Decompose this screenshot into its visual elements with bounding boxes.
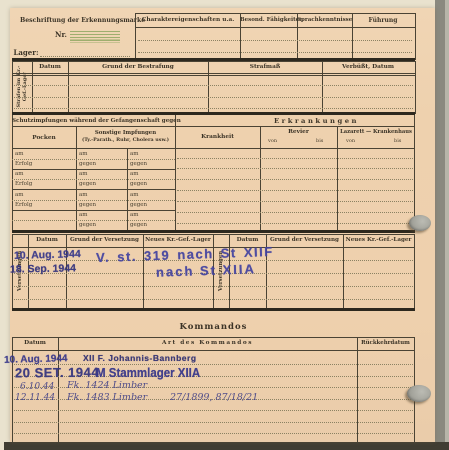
col-fuehrung: Führung — [352, 17, 414, 24]
rule — [14, 299, 413, 300]
nr-field — [70, 31, 120, 43]
impf-cell: am — [130, 212, 139, 218]
revier-von-label: von — [268, 138, 277, 144]
rule — [177, 201, 413, 202]
rule — [12, 179, 175, 180]
kommandos-col-rueckkehr: Rückkehrdatum — [357, 340, 414, 346]
kommando-date-stamp-2: 20 SET. 1944 — [15, 365, 99, 381]
impf-cell: gegen — [79, 161, 96, 167]
rule — [135, 27, 415, 28]
col-faehigkeiten: Besond. Fähigkeiten — [240, 17, 297, 23]
section-divider — [12, 112, 415, 115]
rule — [177, 212, 413, 213]
strafen-col-grund: Grund der Bestrafung — [68, 64, 208, 70]
rule — [337, 126, 338, 230]
kommando-date-hand-3: 6.10.44 — [20, 382, 54, 392]
versetzungen-col-neues: Neues Kr.-Gef.-Lager — [143, 237, 213, 243]
rule — [414, 234, 415, 308]
rule — [177, 223, 413, 224]
impfungen-header: Schutzimpfungen während der Gefangenscha… — [12, 118, 175, 124]
kommando-entry-stamp-2: M Stammlager XIIA — [96, 366, 200, 380]
kommando-date-stamp-1: 10. Aug. 1944 — [4, 353, 68, 366]
rule — [175, 126, 415, 127]
versetzungen-col-grund: Grund der Versetzung — [66, 237, 143, 243]
impf-cell: am — [130, 171, 139, 177]
impf-cell: Erfolg — [15, 161, 32, 167]
erkrankungen-col-revier: Revier — [260, 129, 337, 135]
impf-cell: am — [15, 192, 24, 198]
versetzungen-col-datum-2: Datum — [229, 237, 266, 243]
rule — [76, 126, 77, 230]
lazarett-von-label: von — [346, 138, 355, 144]
rule — [14, 97, 413, 98]
kommandos-col-datum: Datum — [12, 340, 58, 346]
rule — [12, 148, 415, 149]
erkrankungen-col-krankheit: Krankheit — [175, 134, 260, 140]
rule — [14, 108, 413, 109]
scan-edge-bottom — [4, 442, 449, 450]
impfungen-col-sonstige: Sonstige Impfungen — [76, 130, 175, 136]
scan-edge-right — [435, 0, 445, 450]
impf-cell: gegen — [130, 181, 147, 187]
lager-field-line — [40, 56, 130, 57]
personalkarte-back-page: Beschriftung der Erkennungsmarke Nr. Lag… — [10, 8, 435, 442]
strafen-side-label: Strafen im Kr.-Gef.-Lager — [12, 61, 32, 112]
strafen-col-datum: Datum — [32, 64, 68, 70]
impfungen-col-sonstige-detail: (Ty.-Parath., Ruhr, Cholera usw.) — [76, 137, 175, 143]
hole-punch-top — [409, 215, 431, 231]
rule — [12, 337, 13, 442]
rule — [14, 433, 413, 434]
rule — [260, 126, 261, 230]
kommando-entry-hand-3: Fk. 1424 Limber — [67, 380, 147, 391]
impf-cell: gegen — [130, 222, 147, 228]
revier-bis-label: bis — [316, 138, 323, 144]
erkrankungen-title: Erkrankungen — [218, 117, 415, 125]
rule — [12, 159, 175, 160]
impf-cell: am — [79, 212, 88, 218]
impf-cell: am — [79, 192, 88, 198]
rule — [12, 200, 175, 201]
versetzungen-col-neues-2: Neues Kr.-Gef.-Lager — [343, 237, 414, 243]
rule — [12, 220, 175, 221]
col-sprachen: Sprachkenntnisse — [297, 17, 352, 23]
impf-cell: am — [79, 171, 88, 177]
rule — [357, 337, 358, 442]
rule — [12, 126, 175, 127]
kommando-date-hand-4: 12.11.44 — [15, 393, 55, 403]
rule — [143, 234, 144, 308]
nr-label: Nr. — [54, 30, 68, 39]
rule — [138, 40, 412, 41]
rule — [14, 85, 413, 86]
rule — [138, 52, 412, 53]
rule — [14, 410, 413, 411]
scan-edge-right-outer — [445, 0, 449, 450]
impf-cell: gegen — [79, 222, 96, 228]
rule — [12, 350, 415, 351]
impf-cell: am — [15, 171, 24, 177]
versetzung-date-stamp-2: 18. Sep. 1944 — [10, 262, 76, 275]
impf-cell: gegen — [79, 181, 96, 187]
rule — [14, 422, 413, 423]
versetzungen-col-grund-2: Grund der Versetzung — [266, 237, 343, 243]
strafen-col-verbuesst: Verbüßt, Datum — [322, 64, 414, 70]
rule — [12, 189, 175, 190]
impf-cell: am — [130, 192, 139, 198]
strafen-col-strafmass: Strafmaß — [208, 64, 322, 70]
impf-cell: am — [130, 151, 139, 157]
kommandos-col-art: Art des Kommandos — [58, 340, 357, 346]
erkennungsmarke-label: Beschriftung der Erkennungsmarke — [20, 17, 132, 24]
lazarett-bis-label: bis — [394, 138, 401, 144]
versetzung-date-stamp-1: 10. Aug. 1944 — [14, 248, 81, 262]
rule — [12, 210, 175, 211]
versetzung-entry-stamp-2: nach St XIIA — [156, 261, 256, 279]
impf-cell: gegen — [130, 161, 147, 167]
rule — [177, 168, 413, 169]
rule — [177, 158, 413, 159]
impf-cell: am — [15, 151, 24, 157]
erkrankungen-col-lazarett: Lazarett — Krankenhaus — [337, 129, 415, 135]
rule — [177, 190, 413, 191]
rule — [12, 115, 13, 230]
impf-cell: Erfolg — [15, 202, 32, 208]
section-divider — [12, 230, 415, 233]
rule — [343, 234, 344, 308]
rule — [177, 179, 413, 180]
rule — [12, 75, 415, 76]
scanned-document-photo: Beschriftung der Erkennungsmarke Nr. Lag… — [0, 0, 449, 450]
impfungen-col-pocken: Pocken — [12, 135, 76, 141]
impf-cell: gegen — [130, 202, 147, 208]
hole-punch-bottom — [407, 385, 431, 402]
versetzungen-col-datum: Datum — [28, 237, 66, 243]
kommandos-title: Kommandos — [12, 322, 415, 332]
impf-cell: gegen — [79, 202, 96, 208]
impf-cell: am — [79, 151, 88, 157]
kommando-entry-stamp-1: XII F. Johannis-Bannberg — [83, 353, 197, 363]
rule — [12, 169, 175, 170]
kommando-entry-hand-4-extra: 27/1899, 87/18/21 — [170, 392, 258, 403]
col-charakter: Charaktereigenschaften u.a. — [136, 17, 240, 23]
rule — [12, 73, 415, 74]
section-divider — [12, 308, 415, 311]
rule — [14, 286, 413, 287]
lager-label: Lager: — [12, 48, 40, 57]
rule — [175, 115, 176, 230]
rule — [12, 337, 415, 338]
kommando-entry-hand-4: Fk. 1483 Limber — [67, 392, 147, 403]
impf-cell: Erfolg — [15, 181, 32, 187]
